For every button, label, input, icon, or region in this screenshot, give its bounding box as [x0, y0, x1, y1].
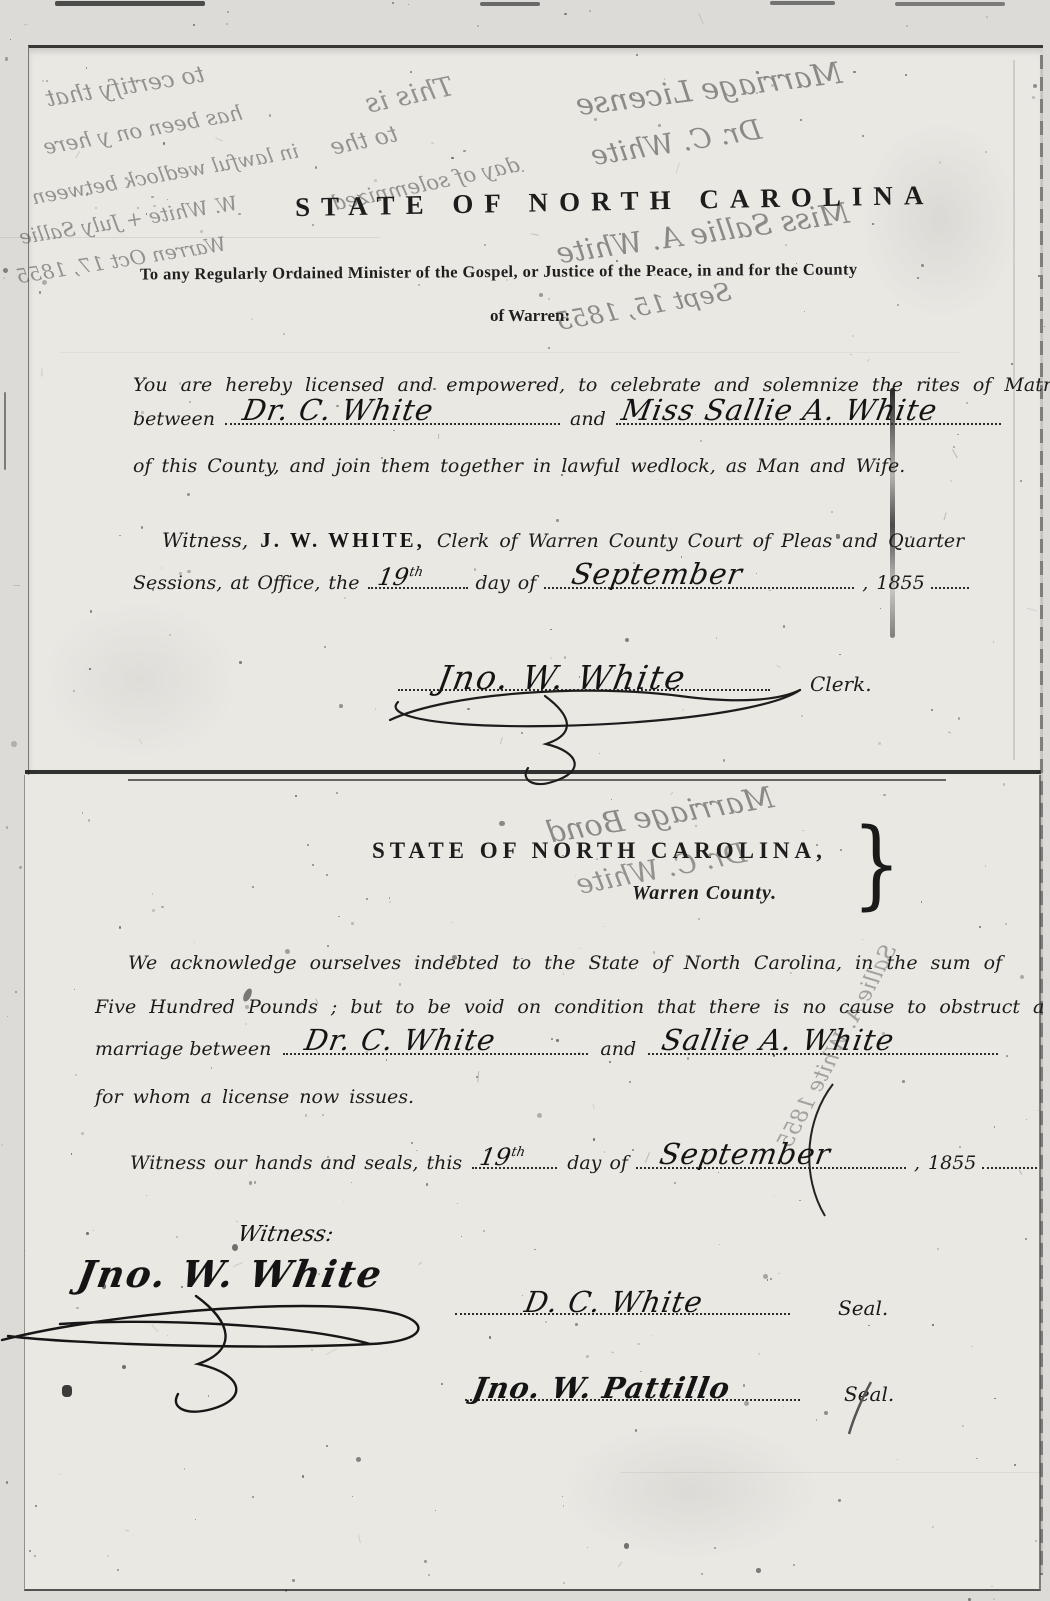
bond-bride-handwritten: Sallie A. White	[659, 1023, 897, 1057]
paper-speck	[838, 1499, 840, 1501]
paper-speck	[152, 588, 154, 590]
paper-speck	[311, 1349, 313, 1351]
crease-line	[60, 352, 960, 353]
paper-speck	[862, 135, 864, 137]
principal-signature: D. C. White	[522, 1285, 706, 1319]
paper-speck	[393, 430, 394, 431]
paper-speck	[545, 1321, 547, 1323]
paper-speck	[326, 1445, 328, 1447]
paper-speck	[619, 233, 621, 235]
paper-speck	[238, 213, 240, 215]
paper-speck	[589, 10, 591, 12]
paper-speck	[76, 1307, 79, 1310]
paper-speck	[152, 909, 155, 912]
paper-speck	[90, 610, 92, 612]
paper-speck	[556, 1039, 558, 1041]
year-printed: , 1855	[862, 572, 924, 594]
license-county-line: of Warren:	[490, 306, 570, 326]
paper-speck	[871, 544, 874, 547]
paper-speck	[208, 1395, 210, 1397]
margin-mark	[4, 392, 6, 470]
paper-speck	[872, 223, 874, 225]
right-paper-edge	[1040, 55, 1043, 1575]
paper-speck	[95, 207, 97, 209]
paper-speck	[932, 1324, 933, 1325]
paper-speck	[141, 411, 144, 414]
paper-speck	[326, 874, 327, 875]
paper-speck	[777, 416, 779, 418]
paper-speck	[611, 799, 612, 800]
paper-speck	[701, 1573, 703, 1575]
paper-speck	[816, 844, 818, 846]
paper-speck	[773, 1054, 776, 1057]
paper-speck	[1025, 1238, 1027, 1240]
paper-speck	[937, 1248, 939, 1250]
paper-speck	[19, 866, 21, 868]
bond-bride-blank: Sallie A. White	[648, 1047, 998, 1055]
paper-speck	[624, 1543, 629, 1548]
paper-speck	[564, 470, 566, 472]
paper-speck	[351, 922, 354, 925]
paper-fiber	[41, 369, 42, 377]
principal-signature-blank: D. C. White	[455, 1307, 790, 1315]
day-blank: 19th	[368, 581, 468, 589]
paper-speck	[252, 1496, 254, 1498]
paper-speck	[499, 821, 504, 826]
paper-speck	[7, 1016, 8, 1017]
paper-speck	[635, 1429, 638, 1432]
bondsman-signature-blank: Jno. W. Pattillo	[465, 1393, 800, 1401]
paper-speck	[763, 1274, 768, 1279]
paper-speck	[73, 690, 75, 692]
bond-day-blank: 19th	[472, 1161, 557, 1169]
paper-speck	[374, 179, 377, 182]
paper-speck	[1044, 326, 1045, 327]
paper-speck	[586, 1355, 588, 1357]
witness-label: Witness,	[162, 528, 248, 552]
paper-speck	[193, 24, 195, 26]
paper-speck	[89, 668, 90, 669]
paper-speck	[474, 568, 476, 570]
paper-speck	[633, 94, 635, 96]
bond-body-line1: We acknowledge ourselves indebted to the…	[128, 952, 1002, 974]
paper-speck	[285, 1589, 287, 1591]
paper-speck	[883, 794, 886, 797]
paper-speck	[548, 347, 550, 349]
and-label: and	[570, 408, 606, 430]
paper-speck	[152, 893, 153, 894]
paper-speck	[408, 4, 409, 5]
paper-fiber	[451, 921, 454, 923]
paper-speck	[74, 989, 75, 990]
paper-speck	[352, 1496, 353, 1497]
paper-speck	[269, 114, 271, 116]
bond-title: STATE OF NORTH CAROLINA,	[372, 838, 827, 864]
paper-speck	[539, 293, 543, 297]
bond-witness-label: Witness:	[236, 1222, 336, 1247]
paper-speck	[161, 906, 164, 909]
paper-speck	[542, 683, 543, 684]
paper-speck	[966, 402, 968, 404]
paper-speck	[271, 592, 273, 594]
paper-speck	[962, 1425, 964, 1427]
paper-speck	[767, 1279, 768, 1280]
paper-fiber	[698, 13, 703, 24]
paper-speck	[986, 16, 988, 18]
paper-speck	[356, 423, 358, 425]
bondsman-signature: Jno. W. Pattillo	[470, 1371, 733, 1405]
paper-speck	[714, 1547, 716, 1549]
bond-year-trailing-dots	[982, 1161, 1037, 1169]
month-handwritten: September	[569, 557, 745, 591]
paper-speck	[993, 641, 994, 642]
signature-flourish	[380, 668, 810, 788]
paper-speck	[3, 277, 4, 278]
paper-speck	[994, 1398, 995, 1399]
paper-speck	[226, 23, 228, 25]
paper-speck	[561, 474, 563, 476]
paper-speck	[249, 1181, 253, 1185]
paper-speck	[81, 1132, 84, 1135]
paper-speck	[86, 67, 87, 68]
paper-speck	[756, 1568, 761, 1573]
bond-month-handwritten: September	[657, 1137, 833, 1171]
paper-speck	[251, 318, 253, 320]
paper-speck	[1006, 1055, 1008, 1057]
paper-speck	[305, 1114, 307, 1116]
paper-speck	[239, 661, 241, 663]
paper-stain	[40, 600, 240, 760]
paper-speck	[882, 1032, 885, 1035]
paper-speck	[632, 1149, 633, 1150]
sessions-prefix: Sessions, at Office, the	[133, 572, 360, 594]
scan-edge-mark	[55, 1, 205, 6]
paper-speck	[295, 795, 297, 797]
paper-speck	[579, 676, 581, 678]
paper-speck	[467, 708, 469, 710]
seal-label: Seal.	[838, 1296, 888, 1320]
paper-speck	[985, 151, 987, 153]
witness-signature-flourish	[0, 1282, 450, 1412]
paper-speck	[758, 1353, 760, 1355]
paper-speck	[783, 625, 785, 627]
paper-speck	[783, 1406, 784, 1407]
paper-speck	[1, 1144, 3, 1146]
paper-speck	[6, 826, 8, 828]
paper-speck	[25, 1250, 26, 1251]
bond-day-of-label: day of	[567, 1152, 628, 1174]
paper-speck	[906, 25, 908, 27]
paper-speck	[15, 991, 17, 993]
paper-stain	[560, 1420, 820, 1560]
bond-month-blank: September	[636, 1161, 906, 1169]
between-label: between	[133, 408, 215, 430]
month-blank: September	[544, 581, 854, 589]
bond-body-line2: Five Hundred Pounds ; but to be void on …	[95, 996, 1044, 1018]
paper-speck	[292, 1579, 295, 1582]
scanned-marriage-document: to certify that This is Marriage License…	[0, 0, 1050, 1601]
paper-speck	[195, 254, 196, 255]
paper-speck	[6, 1481, 8, 1483]
paper-speck	[93, 1230, 94, 1231]
paper-speck	[11, 741, 16, 746]
paper-speck	[637, 1343, 639, 1345]
year-trailing-dots	[931, 581, 969, 589]
paper-speck	[428, 1574, 430, 1576]
paper-speck	[424, 1560, 426, 1562]
paper-speck	[227, 11, 229, 13]
paper-speck	[719, 1244, 720, 1245]
paper-speck	[200, 230, 203, 233]
paper-speck	[564, 656, 566, 658]
bond-year-printed: , 1855	[914, 1152, 976, 1174]
paper-speck	[645, 814, 646, 815]
paper-speck	[868, 1325, 869, 1326]
scan-edge-mark	[895, 2, 1005, 6]
paper-speck	[695, 825, 697, 827]
paper-speck	[336, 792, 338, 794]
paper-speck	[640, 1371, 642, 1373]
paper-speck	[836, 534, 837, 535]
paper-speck	[322, 1114, 323, 1115]
paper-speck	[921, 264, 924, 267]
paper-speck	[392, 2, 394, 4]
paper-speck	[556, 519, 558, 521]
paper-speck	[477, 25, 479, 27]
paper-speck	[902, 1080, 905, 1083]
paper-speck	[461, 1236, 462, 1237]
paper-speck	[10, 39, 11, 40]
bond-groom-blank: Dr. C. White	[283, 1047, 588, 1055]
paper-speck	[633, 562, 635, 564]
bride-name-blank: Miss Sallie A. White	[616, 417, 1001, 425]
paper-speck	[723, 759, 725, 761]
witness-rest: Clerk of Warren County Court of Pleas an…	[437, 530, 964, 552]
scan-edge-mark	[770, 1, 835, 5]
bond-body-line3: for whom a license now issues.	[95, 1086, 414, 1108]
bond-and-label: and	[600, 1038, 636, 1060]
paper-speck	[564, 13, 566, 15]
paper-speck	[716, 637, 717, 638]
paper-speck	[1032, 96, 1035, 99]
paper-speck	[878, 742, 881, 745]
paper-speck	[596, 858, 598, 860]
stray-pen-tick	[845, 1378, 875, 1438]
paper-speck	[389, 897, 390, 898]
paper-speck	[785, 244, 787, 246]
paper-speck	[1038, 275, 1040, 277]
clerk-name-printed: J. W. WHITE,	[260, 528, 425, 553]
paper-speck	[351, 1182, 352, 1183]
paper-speck	[771, 84, 774, 87]
paper-speck	[86, 1232, 89, 1235]
license-body-line2: of this County, and join them together i…	[133, 455, 905, 477]
paper-speck	[3, 268, 8, 273]
paper-speck	[929, 418, 931, 420]
paper-speck	[212, 536, 214, 538]
paper-speck	[594, 118, 597, 121]
paper-speck	[521, 958, 522, 959]
paper-speck	[75, 1074, 77, 1076]
paper-speck	[254, 1181, 256, 1183]
paper-speck	[194, 942, 195, 943]
scan-edge-mark	[480, 2, 540, 6]
paper-speck	[147, 1157, 149, 1159]
paper-speck	[179, 572, 182, 575]
paper-speck	[386, 1059, 387, 1060]
paper-speck	[5, 57, 8, 60]
paper-speck	[283, 333, 285, 335]
paper-speck	[302, 1475, 304, 1477]
bond-between-label: marriage between	[95, 1038, 271, 1060]
paper-speck	[993, 1598, 995, 1600]
brace-glyph: }	[852, 808, 901, 920]
paper-speck	[318, 1273, 320, 1275]
paper-speck	[658, 124, 660, 126]
paper-speck	[252, 886, 254, 888]
paper-stain	[860, 120, 1020, 320]
day-handwritten: 19th	[375, 563, 424, 591]
paper-speck	[575, 1323, 578, 1326]
bond-county: Warren County.	[632, 882, 777, 905]
day-of-label: day of	[476, 572, 537, 594]
clerk-title: Clerk.	[810, 672, 872, 696]
bride-name-handwritten: Miss Sallie A. White	[619, 393, 940, 427]
paper-fiber	[13, 585, 20, 586]
paper-speck	[921, 901, 922, 902]
paper-speck	[698, 918, 699, 919]
paper-speck	[452, 955, 457, 960]
paper-speck	[971, 1346, 972, 1347]
bond-groom-handwritten: Dr. C. White	[302, 1023, 499, 1057]
groom-name-handwritten: Dr. C. White	[240, 393, 437, 427]
paper-speck	[375, 708, 376, 709]
paper-speck	[522, 170, 523, 171]
paper-speck	[338, 916, 339, 917]
paper-speck	[736, 1034, 738, 1036]
paper-speck	[578, 1052, 581, 1055]
paper-speck	[778, 1273, 780, 1275]
paper-speck	[852, 335, 854, 337]
paper-speck	[187, 493, 190, 496]
paper-speck	[653, 951, 655, 953]
fold-line	[1013, 60, 1015, 760]
paper-speck	[1005, 923, 1007, 925]
paper-fiber	[24, 24, 28, 26]
bond-day-handwritten: 19th	[478, 1143, 527, 1171]
bond-witness-prefix: Witness our hands and seals, this	[130, 1152, 462, 1174]
paper-speck	[550, 657, 552, 659]
paper-speck	[122, 1365, 126, 1369]
